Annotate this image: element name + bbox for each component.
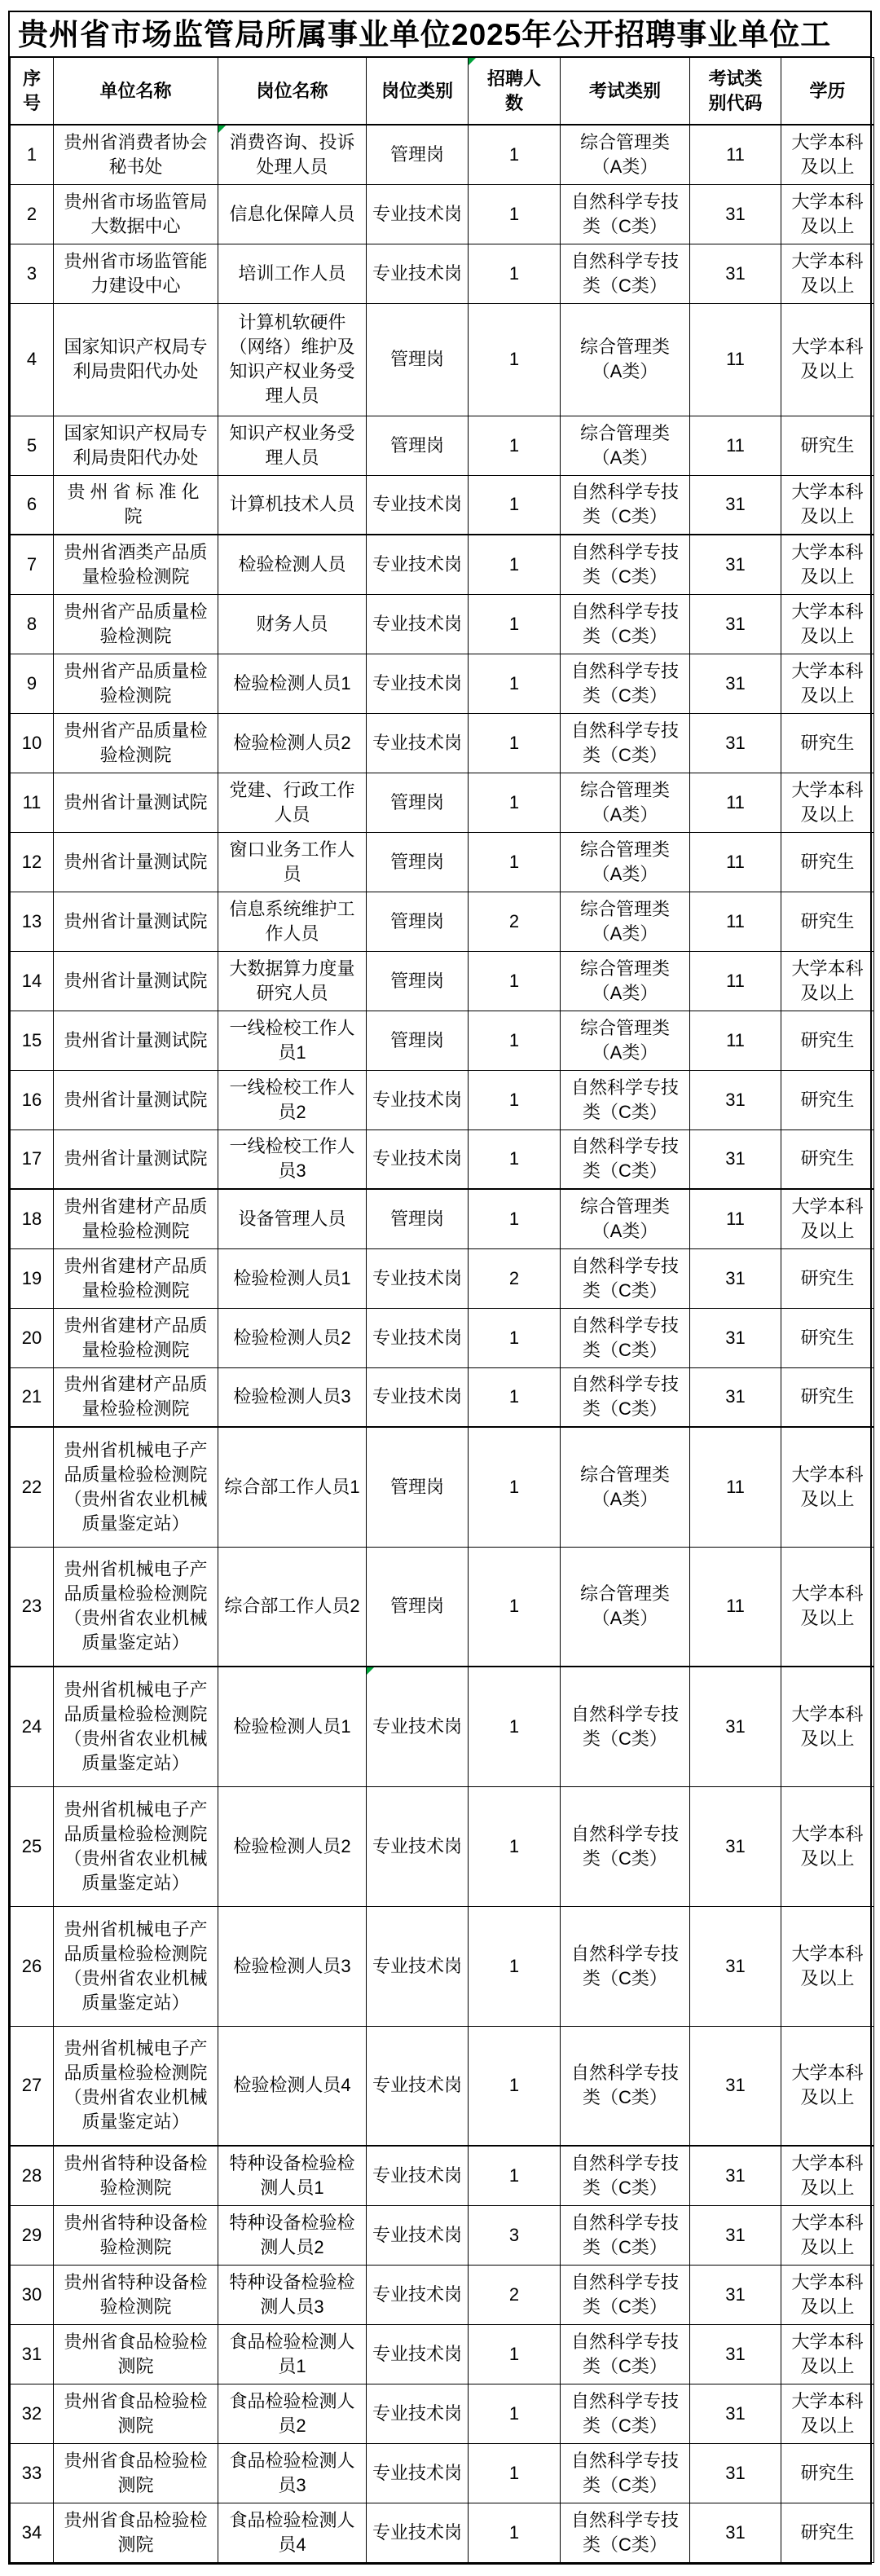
cell-examtype: 自然科学专技类（C类） [561, 1070, 690, 1129]
cell-examcode: 31 [690, 535, 781, 594]
cell-no: 18 [11, 1189, 54, 1248]
cell-unit: 贵州省食品检验检测院 [54, 2503, 218, 2562]
column-header-unit: 单位名称 [54, 58, 218, 125]
cell-examtype: 自然科学专技类（C类） [561, 1367, 690, 1427]
comment-marker-icon [469, 58, 476, 65]
table-row: 2贵州省市场监管局大数据中心信息化保障人员专业技术岗1自然科学专技类（C类）31… [11, 184, 874, 244]
cell-education: 大学本科及以上 [781, 1189, 874, 1248]
table-row: 21贵州省建材产品质量检验检测院检验检测人员3专业技术岗1自然科学专技类（C类）… [11, 1367, 874, 1427]
cell-headcount: 1 [469, 1906, 561, 2026]
cell-position: 设备管理人员 [218, 1189, 367, 1248]
cell-position: 财务人员 [218, 594, 367, 654]
column-header-headcount: 招聘人数 [469, 58, 561, 125]
table-row: 9贵州省产品质量检验检测院检验检测人员1专业技术岗1自然科学专技类（C类）31大… [11, 654, 874, 713]
cell-no: 29 [11, 2205, 54, 2265]
cell-examcode: 31 [690, 475, 781, 535]
cell-examtype: 综合管理类（A类） [561, 892, 690, 951]
cell-examcode: 11 [690, 892, 781, 951]
cell-category: 专业技术岗 [367, 1367, 469, 1427]
table-row: 29贵州省特种设备检验检测院特种设备检验检测人员2专业技术岗3自然科学专技类（C… [11, 2205, 874, 2265]
cell-education: 研究生 [781, 416, 874, 475]
recruitment-table: 序号 单位名称 岗位名称 岗位类别 招聘人数 考试类别 考试类别代码 学历 1贵… [10, 57, 874, 2563]
cell-examcode: 31 [690, 2443, 781, 2503]
cell-headcount: 1 [469, 303, 561, 416]
cell-position: 信息系统维护工作人员 [218, 892, 367, 951]
cell-unit: 贵州省计量测试院 [54, 892, 218, 951]
cell-no: 33 [11, 2443, 54, 2503]
table-row: 17贵州省计量测试院一线检校工作人员3专业技术岗1自然科学专技类（C类）31研究… [11, 1129, 874, 1189]
cell-headcount: 1 [469, 2146, 561, 2205]
cell-education: 大学本科及以上 [781, 535, 874, 594]
cell-headcount: 1 [469, 2026, 561, 2146]
cell-position: 特种设备检验检测人员2 [218, 2205, 367, 2265]
cell-no: 14 [11, 951, 54, 1011]
column-header-examcode: 考试类别代码 [690, 58, 781, 125]
cell-unit: 贵州省特种设备检验检测院 [54, 2146, 218, 2205]
table-row: 16贵州省计量测试院一线检校工作人员2专业技术岗1自然科学专技类（C类）31研究… [11, 1070, 874, 1129]
cell-no: 26 [11, 1906, 54, 2026]
cell-headcount: 1 [469, 1367, 561, 1427]
cell-category: 管理岗 [367, 773, 469, 832]
cell-category: 专业技术岗 [367, 1308, 469, 1367]
cell-examcode: 31 [690, 184, 781, 244]
cell-category: 专业技术岗 [367, 1786, 469, 1906]
cell-examcode: 31 [690, 2503, 781, 2562]
cell-unit: 贵州省产品质量检验检测院 [54, 654, 218, 713]
cell-no: 30 [11, 2265, 54, 2324]
cell-education: 大学本科及以上 [781, 125, 874, 184]
cell-education: 研究生 [781, 1308, 874, 1367]
cell-unit: 贵州省计量测试院 [54, 1011, 218, 1070]
table-row: 28贵州省特种设备检验检测院特种设备检验检测人员1专业技术岗1自然科学专技类（C… [11, 2146, 874, 2205]
cell-examtype: 自然科学专技类（C类） [561, 713, 690, 773]
table-row: 13贵州省计量测试院信息系统维护工作人员管理岗2综合管理类（A类）11研究生 [11, 892, 874, 951]
cell-position: 检验检测人员1 [218, 1248, 367, 1308]
cell-unit: 贵州省建材产品质量检验检测院 [54, 1367, 218, 1427]
cell-examcode: 11 [690, 125, 781, 184]
cell-category: 专业技术岗 [367, 244, 469, 303]
cell-unit: 贵州省产品质量检验检测院 [54, 713, 218, 773]
cell-category: 专业技术岗 [367, 713, 469, 773]
cell-unit: 贵州省产品质量检验检测院 [54, 594, 218, 654]
cell-unit: 贵州省特种设备检验检测院 [54, 2265, 218, 2324]
cell-unit: 贵州省酒类产品质量检验检测院 [54, 535, 218, 594]
table-row: 7贵州省酒类产品质量检验检测院检验检测人员专业技术岗1自然科学专技类（C类）31… [11, 535, 874, 594]
cell-position: 特种设备检验检测人员3 [218, 2265, 367, 2324]
cell-examtype: 自然科学专技类（C类） [561, 1667, 690, 1786]
table-frame: 贵州省市场监管局所属事业单位2025年公开招聘事业单位工 序号 单位名称 岗位名… [8, 11, 872, 2565]
cell-category: 专业技术岗 [367, 1667, 469, 1786]
cell-examcode: 31 [690, 2205, 781, 2265]
cell-examtype: 自然科学专技类（C类） [561, 2205, 690, 2265]
cell-position: 综合部工作人员2 [218, 1547, 367, 1667]
cell-position: 检验检测人员3 [218, 1906, 367, 2026]
cell-position: 培训工作人员 [218, 244, 367, 303]
cell-headcount: 1 [469, 713, 561, 773]
cell-headcount: 1 [469, 832, 561, 892]
cell-examcode: 31 [690, 2265, 781, 2324]
table-row: 14贵州省计量测试院大数据算力度量研究人员管理岗1综合管理类（A类）11大学本科… [11, 951, 874, 1011]
cell-unit: 贵州省特种设备检验检测院 [54, 2205, 218, 2265]
table-row: 10贵州省产品质量检验检测院检验检测人员2专业技术岗1自然科学专技类（C类）31… [11, 713, 874, 773]
cell-headcount: 1 [469, 1011, 561, 1070]
cell-examcode: 31 [690, 594, 781, 654]
table-row: 3贵州省市场监管能力建设中心培训工作人员专业技术岗1自然科学专技类（C类）31大… [11, 244, 874, 303]
cell-category: 专业技术岗 [367, 2324, 469, 2384]
cell-no: 21 [11, 1367, 54, 1427]
table-row: 26贵州省机械电子产品质量检验检测院（贵州省农业机械质量鉴定站）检验检测人员3专… [11, 1906, 874, 2026]
cell-no: 12 [11, 832, 54, 892]
table-row: 1贵州省消费者协会秘书处消费咨询、投诉处理人员管理岗1综合管理类（A类）11大学… [11, 125, 874, 184]
cell-category: 管理岗 [367, 892, 469, 951]
cell-position: 一线检校工作人员1 [218, 1011, 367, 1070]
cell-position: 消费咨询、投诉处理人员 [218, 125, 367, 184]
cell-headcount: 2 [469, 892, 561, 951]
cell-category: 管理岗 [367, 1547, 469, 1667]
cell-no: 1 [11, 125, 54, 184]
table-row: 5国家知识产权局专利局贵阳代办处知识产权业务受理人员管理岗1综合管理类（A类）1… [11, 416, 874, 475]
cell-unit: 贵州省市场监管能力建设中心 [54, 244, 218, 303]
table-row: 24贵州省机械电子产品质量检验检测院（贵州省农业机械质量鉴定站）检验检测人员1专… [11, 1667, 874, 1786]
cell-examtype: 自然科学专技类（C类） [561, 2503, 690, 2562]
cell-category: 专业技术岗 [367, 2026, 469, 2146]
cell-examcode: 11 [690, 1427, 781, 1547]
cell-position: 信息化保障人员 [218, 184, 367, 244]
cell-education: 研究生 [781, 2443, 874, 2503]
cell-headcount: 1 [469, 1786, 561, 1906]
cell-headcount: 3 [469, 2205, 561, 2265]
cell-category: 管理岗 [367, 951, 469, 1011]
cell-education: 研究生 [781, 832, 874, 892]
cell-category: 专业技术岗 [367, 2443, 469, 2503]
table-row: 18贵州省建材产品质量检验检测院设备管理人员管理岗1综合管理类（A类）11大学本… [11, 1189, 874, 1248]
cell-examtype: 自然科学专技类（C类） [561, 2324, 690, 2384]
cell-examcode: 31 [690, 1308, 781, 1367]
cell-education: 大学本科及以上 [781, 244, 874, 303]
cell-headcount: 1 [469, 475, 561, 535]
table-row: 25贵州省机械电子产品质量检验检测院（贵州省农业机械质量鉴定站）检验检测人员2专… [11, 1786, 874, 1906]
cell-category: 专业技术岗 [367, 654, 469, 713]
cell-headcount: 1 [469, 125, 561, 184]
cell-education: 大学本科及以上 [781, 2026, 874, 2146]
cell-education: 研究生 [781, 1367, 874, 1427]
table-row: 19贵州省建材产品质量检验检测院检验检测人员1专业技术岗2自然科学专技类（C类）… [11, 1248, 874, 1308]
cell-examtype: 自然科学专技类（C类） [561, 535, 690, 594]
cell-examcode: 31 [690, 2384, 781, 2443]
cell-headcount: 1 [469, 951, 561, 1011]
cell-examtype: 综合管理类（A类） [561, 125, 690, 184]
cell-no: 11 [11, 773, 54, 832]
cell-headcount: 2 [469, 1248, 561, 1308]
cell-education: 研究生 [781, 1248, 874, 1308]
cell-examcode: 31 [690, 1667, 781, 1786]
cell-no: 31 [11, 2324, 54, 2384]
cell-education: 研究生 [781, 713, 874, 773]
cell-education: 大学本科及以上 [781, 1427, 874, 1547]
column-header-position: 岗位名称 [218, 58, 367, 125]
cell-position: 食品检验检测人员1 [218, 2324, 367, 2384]
cell-position: 综合部工作人员1 [218, 1427, 367, 1547]
cell-examcode: 11 [690, 832, 781, 892]
cell-category: 专业技术岗 [367, 2265, 469, 2324]
column-header-examtype: 考试类别 [561, 58, 690, 125]
cell-examtype: 综合管理类（A类） [561, 1011, 690, 1070]
cell-no: 13 [11, 892, 54, 951]
cell-examtype: 自然科学专技类（C类） [561, 475, 690, 535]
cell-examcode: 31 [690, 1367, 781, 1427]
cell-position: 检验检测人员4 [218, 2026, 367, 2146]
cell-unit: 贵州省机械电子产品质量检验检测院（贵州省农业机械质量鉴定站） [54, 2026, 218, 2146]
cell-position: 检验检测人员1 [218, 1667, 367, 1786]
cell-position: 窗口业务工作人员 [218, 832, 367, 892]
cell-unit: 国家知识产权局专利局贵阳代办处 [54, 416, 218, 475]
cell-education: 大学本科及以上 [781, 773, 874, 832]
cell-education: 大学本科及以上 [781, 475, 874, 535]
cell-unit: 贵州省机械电子产品质量检验检测院（贵州省农业机械质量鉴定站） [54, 1427, 218, 1547]
cell-education: 大学本科及以上 [781, 2146, 874, 2205]
cell-position: 检验检测人员2 [218, 1308, 367, 1367]
cell-unit: 贵州省计量测试院 [54, 1129, 218, 1189]
cell-unit: 贵州省食品检验检测院 [54, 2324, 218, 2384]
cell-education: 大学本科及以上 [781, 1906, 874, 2026]
column-header-category: 岗位类别 [367, 58, 469, 125]
cell-education: 研究生 [781, 1070, 874, 1129]
comment-marker-icon [367, 1667, 374, 1675]
spreadsheet-page: 贵州省市场监管局所属事业单位2025年公开招聘事业单位工 序号 单位名称 岗位名… [0, 0, 880, 2569]
table-row: 8贵州省产品质量检验检测院财务人员专业技术岗1自然科学专技类（C类）31大学本科… [11, 594, 874, 654]
cell-examtype: 自然科学专技类（C类） [561, 2384, 690, 2443]
cell-unit: 贵州省食品检验检测院 [54, 2443, 218, 2503]
cell-unit: 贵州省建材产品质量检验检测院 [54, 1308, 218, 1367]
cell-education: 大学本科及以上 [781, 184, 874, 244]
cell-examtype: 自然科学专技类（C类） [561, 184, 690, 244]
cell-position: 大数据算力度量研究人员 [218, 951, 367, 1011]
cell-category: 专业技术岗 [367, 1248, 469, 1308]
cell-category: 管理岗 [367, 1427, 469, 1547]
cell-education: 研究生 [781, 1129, 874, 1189]
table-row: 6贵州省标准化院计算机技术人员专业技术岗1自然科学专技类（C类）31大学本科及以… [11, 475, 874, 535]
cell-category: 专业技术岗 [367, 2205, 469, 2265]
cell-examtype: 自然科学专技类（C类） [561, 1129, 690, 1189]
cell-category: 专业技术岗 [367, 184, 469, 244]
cell-category: 专业技术岗 [367, 475, 469, 535]
cell-no: 23 [11, 1547, 54, 1667]
cell-headcount: 1 [469, 2324, 561, 2384]
cell-position: 检验检测人员2 [218, 1786, 367, 1906]
cell-unit: 贵州省建材产品质量检验检测院 [54, 1189, 218, 1248]
cell-no: 9 [11, 654, 54, 713]
cell-education: 大学本科及以上 [781, 951, 874, 1011]
cell-category: 专业技术岗 [367, 1129, 469, 1189]
cell-examtype: 综合管理类（A类） [561, 1189, 690, 1248]
cell-headcount: 1 [469, 1189, 561, 1248]
column-header-no: 序号 [11, 58, 54, 125]
cell-no: 20 [11, 1308, 54, 1367]
cell-category: 管理岗 [367, 1011, 469, 1070]
table-row: 31贵州省食品检验检测院食品检验检测人员1专业技术岗1自然科学专技类（C类）31… [11, 2324, 874, 2384]
table-body: 1贵州省消费者协会秘书处消费咨询、投诉处理人员管理岗1综合管理类（A类）11大学… [11, 125, 874, 2562]
cell-examcode: 31 [690, 1786, 781, 1906]
table-row: 34贵州省食品检验检测院食品检验检测人员4专业技术岗1自然科学专技类（C类）31… [11, 2503, 874, 2562]
table-row: 30贵州省特种设备检验检测院特种设备检验检测人员3专业技术岗2自然科学专技类（C… [11, 2265, 874, 2324]
cell-examcode: 11 [690, 773, 781, 832]
cell-unit: 贵州省计量测试院 [54, 1070, 218, 1129]
table-row: 12贵州省计量测试院窗口业务工作人员管理岗1综合管理类（A类）11研究生 [11, 832, 874, 892]
cell-examtype: 自然科学专技类（C类） [561, 654, 690, 713]
cell-headcount: 1 [469, 535, 561, 594]
cell-position: 食品检验检测人员3 [218, 2443, 367, 2503]
cell-examtype: 自然科学专技类（C类） [561, 1308, 690, 1367]
cell-headcount: 1 [469, 416, 561, 475]
cell-category: 专业技术岗 [367, 535, 469, 594]
table-row: 15贵州省计量测试院一线检校工作人员1管理岗1综合管理类（A类）11研究生 [11, 1011, 874, 1070]
cell-headcount: 1 [469, 2384, 561, 2443]
cell-no: 4 [11, 303, 54, 416]
cell-headcount: 1 [469, 2503, 561, 2562]
cell-position: 知识产权业务受理人员 [218, 416, 367, 475]
cell-position: 党建、行政工作人员 [218, 773, 367, 832]
cell-headcount: 1 [469, 1308, 561, 1367]
cell-headcount: 1 [469, 2443, 561, 2503]
cell-headcount: 1 [469, 244, 561, 303]
cell-headcount: 1 [469, 594, 561, 654]
cell-unit: 贵州省建材产品质量检验检测院 [54, 1248, 218, 1308]
cell-position: 计算机技术人员 [218, 475, 367, 535]
cell-position: 检验检测人员2 [218, 713, 367, 773]
cell-unit: 贵州省机械电子产品质量检验检测院（贵州省农业机械质量鉴定站） [54, 1906, 218, 2026]
cell-category: 专业技术岗 [367, 2146, 469, 2205]
cell-position: 食品检验检测人员4 [218, 2503, 367, 2562]
cell-position: 食品检验检测人员2 [218, 2384, 367, 2443]
cell-examcode: 11 [690, 303, 781, 416]
cell-no: 5 [11, 416, 54, 475]
cell-unit: 贵州省食品检验检测院 [54, 2384, 218, 2443]
column-header-education: 学历 [781, 58, 874, 125]
table-row: 4国家知识产权局专利局贵阳代办处计算机软硬件（网络）维护及知识产权业务受理人员管… [11, 303, 874, 416]
cell-unit: 贵州省计量测试院 [54, 832, 218, 892]
cell-examcode: 11 [690, 951, 781, 1011]
cell-no: 27 [11, 2026, 54, 2146]
cell-unit: 贵州省机械电子产品质量检验检测院（贵州省农业机械质量鉴定站） [54, 1547, 218, 1667]
cell-examcode: 11 [690, 1189, 781, 1248]
cell-unit: 贵州省计量测试院 [54, 951, 218, 1011]
cell-no: 17 [11, 1129, 54, 1189]
cell-examtype: 综合管理类（A类） [561, 951, 690, 1011]
cell-position: 检验检测人员1 [218, 654, 367, 713]
cell-headcount: 1 [469, 1070, 561, 1129]
cell-headcount: 1 [469, 773, 561, 832]
cell-education: 研究生 [781, 892, 874, 951]
cell-examtype: 综合管理类（A类） [561, 832, 690, 892]
table-row: 11贵州省计量测试院党建、行政工作人员管理岗1综合管理类（A类）11大学本科及以… [11, 773, 874, 832]
cell-unit: 国家知识产权局专利局贵阳代办处 [54, 303, 218, 416]
cell-examcode: 11 [690, 416, 781, 475]
cell-headcount: 1 [469, 654, 561, 713]
cell-no: 34 [11, 2503, 54, 2562]
cell-examtype: 综合管理类（A类） [561, 1427, 690, 1547]
cell-headcount: 1 [469, 1129, 561, 1189]
cell-position: 一线检校工作人员3 [218, 1129, 367, 1189]
cell-no: 10 [11, 713, 54, 773]
cell-examtype: 综合管理类（A类） [561, 773, 690, 832]
cell-no: 16 [11, 1070, 54, 1129]
cell-examtype: 综合管理类（A类） [561, 1547, 690, 1667]
cell-category: 专业技术岗 [367, 1070, 469, 1129]
cell-headcount: 1 [469, 1667, 561, 1786]
cell-education: 大学本科及以上 [781, 594, 874, 654]
cell-no: 19 [11, 1248, 54, 1308]
cell-position: 检验检测人员 [218, 535, 367, 594]
cell-category: 专业技术岗 [367, 594, 469, 654]
cell-headcount: 1 [469, 184, 561, 244]
cell-unit: 贵州省机械电子产品质量检验检测院（贵州省农业机械质量鉴定站） [54, 1667, 218, 1786]
cell-examcode: 31 [690, 244, 781, 303]
cell-education: 大学本科及以上 [781, 1547, 874, 1667]
cell-headcount: 2 [469, 2265, 561, 2324]
cell-no: 15 [11, 1011, 54, 1070]
table-row: 22贵州省机械电子产品质量检验检测院（贵州省农业机械质量鉴定站）综合部工作人员1… [11, 1427, 874, 1547]
cell-unit: 贵州省机械电子产品质量检验检测院（贵州省农业机械质量鉴定站） [54, 1786, 218, 1906]
cell-no: 6 [11, 475, 54, 535]
cell-education: 大学本科及以上 [781, 2265, 874, 2324]
cell-examcode: 31 [690, 2324, 781, 2384]
cell-category: 管理岗 [367, 416, 469, 475]
cell-category: 管理岗 [367, 125, 469, 184]
cell-examtype: 自然科学专技类（C类） [561, 1906, 690, 2026]
cell-education: 大学本科及以上 [781, 654, 874, 713]
cell-category: 专业技术岗 [367, 2384, 469, 2443]
cell-education: 大学本科及以上 [781, 303, 874, 416]
table-row: 27贵州省机械电子产品质量检验检测院（贵州省农业机械质量鉴定站）检验检测人员4专… [11, 2026, 874, 2146]
cell-examcode: 31 [690, 654, 781, 713]
cell-examcode: 31 [690, 1906, 781, 2026]
cell-unit: 贵州省市场监管局大数据中心 [54, 184, 218, 244]
cell-education: 大学本科及以上 [781, 1667, 874, 1786]
table-row: 23贵州省机械电子产品质量检验检测院（贵州省农业机械质量鉴定站）综合部工作人员2… [11, 1547, 874, 1667]
cell-examtype: 自然科学专技类（C类） [561, 2265, 690, 2324]
cell-category: 专业技术岗 [367, 1906, 469, 2026]
cell-no: 2 [11, 184, 54, 244]
cell-headcount: 1 [469, 1427, 561, 1547]
cell-category: 专业技术岗 [367, 2503, 469, 2562]
cell-examcode: 31 [690, 1248, 781, 1308]
cell-education: 大学本科及以上 [781, 1786, 874, 1906]
cell-education: 研究生 [781, 1011, 874, 1070]
cell-no: 25 [11, 1786, 54, 1906]
cell-examcode: 31 [690, 2146, 781, 2205]
page-title: 贵州省市场监管局所属事业单位2025年公开招聘事业单位工 [10, 12, 870, 57]
cell-headcount: 1 [469, 1547, 561, 1667]
table-row: 33贵州省食品检验检测院食品检验检测人员3专业技术岗1自然科学专技类（C类）31… [11, 2443, 874, 2503]
cell-examtype: 自然科学专技类（C类） [561, 2026, 690, 2146]
cell-education: 大学本科及以上 [781, 2205, 874, 2265]
cell-examcode: 11 [690, 1547, 781, 1667]
cell-unit: 贵州省消费者协会秘书处 [54, 125, 218, 184]
cell-examtype: 综合管理类（A类） [561, 416, 690, 475]
comment-marker-icon [218, 125, 226, 133]
cell-no: 32 [11, 2384, 54, 2443]
cell-education: 大学本科及以上 [781, 2324, 874, 2384]
cell-examcode: 11 [690, 1011, 781, 1070]
cell-examcode: 31 [690, 1070, 781, 1129]
cell-examtype: 自然科学专技类（C类） [561, 594, 690, 654]
cell-category: 管理岗 [367, 832, 469, 892]
cell-unit: 贵州省计量测试院 [54, 773, 218, 832]
cell-position: 检验检测人员3 [218, 1367, 367, 1427]
header-row: 序号 单位名称 岗位名称 岗位类别 招聘人数 考试类别 考试类别代码 学历 [11, 58, 874, 125]
cell-no: 3 [11, 244, 54, 303]
cell-examcode: 31 [690, 1129, 781, 1189]
